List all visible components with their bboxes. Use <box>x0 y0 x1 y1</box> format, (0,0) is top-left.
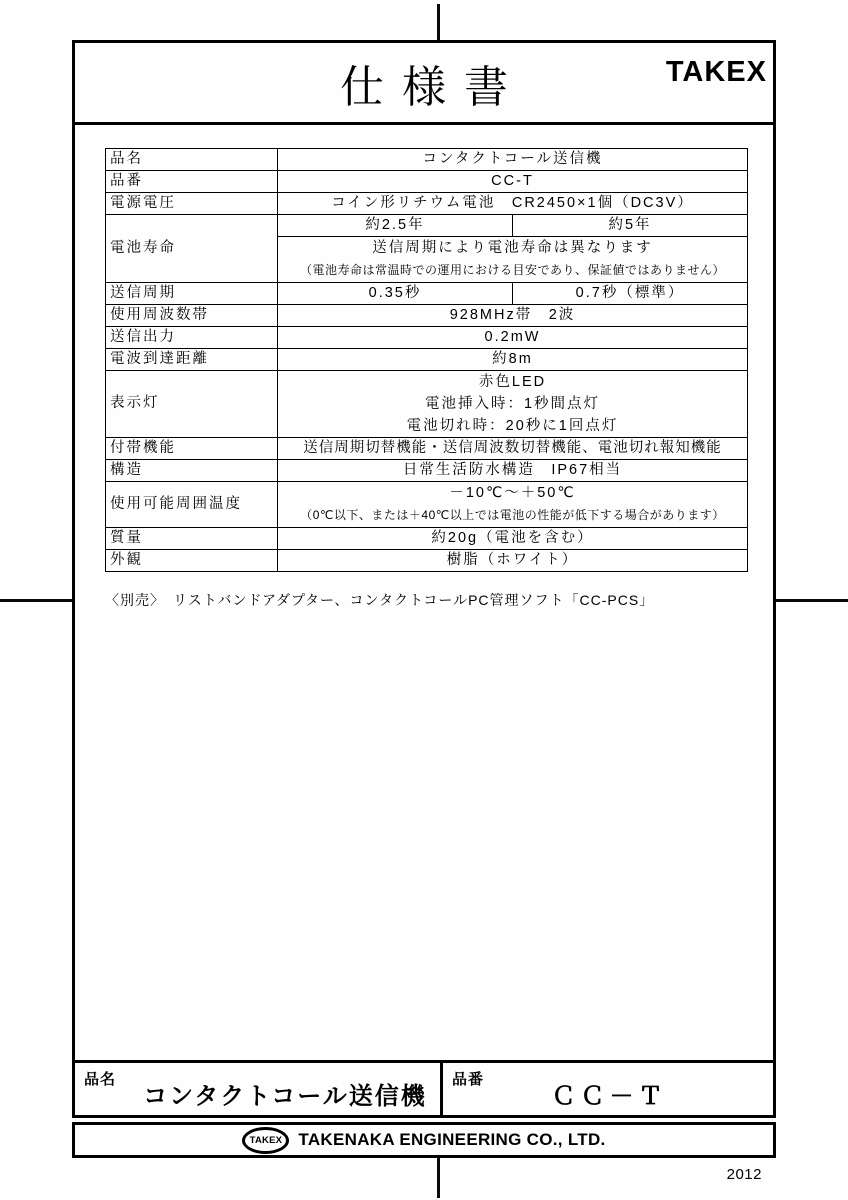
spec-label: 質量 <box>106 528 278 550</box>
year-note: 2012 <box>727 1166 762 1183</box>
table-row: 付帯機能 送信周期切替機能・送信周波数切替機能、電池切れ報知機能 <box>106 438 748 460</box>
spec-label: 使用周波数帯 <box>106 305 278 327</box>
crop-mark-right <box>776 599 848 602</box>
indicator-line-2: 電池挿入時：1秒間点灯 <box>282 393 743 415</box>
spec-value: コイン形リチウム電池 CR2450×1個（DC3V） <box>278 193 748 215</box>
spec-sheet-page: 仕様書 TAKEX 品名 コンタクトコール送信機 品番 CC-T 電源電圧 コイ… <box>0 0 848 1200</box>
spec-label: 電波到達距離 <box>106 349 278 371</box>
title-box: 仕様書 TAKEX <box>72 40 776 125</box>
spec-value: 赤色LED 電池挿入時：1秒間点灯 電池切れ時：20秒に1回点灯 <box>278 371 748 438</box>
table-row: 送信周期 0.35秒 0.7秒（標準） <box>106 283 748 305</box>
footer-model-number-cell: 品番 ＣＣ－Ｔ <box>443 1063 776 1118</box>
spec-value: 送信周期により電池寿命は異なります （電池寿命は常温時での運用における目安であり… <box>278 237 748 283</box>
table-row: 質量 約20g（電池を含む） <box>106 528 748 550</box>
spec-value: 樹脂（ホワイト） <box>278 550 748 572</box>
table-row: 電源電圧 コイン形リチウム電池 CR2450×1個（DC3V） <box>106 193 748 215</box>
spec-value: 日常生活防水構造 IP67相当 <box>278 460 748 482</box>
table-row: 構造 日常生活防水構造 IP67相当 <box>106 460 748 482</box>
spec-value: 約5年 <box>513 215 748 237</box>
footer-number-value: ＣＣ－Ｔ <box>443 1076 776 1111</box>
indicator-line-1: 赤色LED <box>282 371 743 393</box>
company-bar: TAKEX TAKENAKA ENGINEERING CO., LTD. <box>72 1122 776 1158</box>
temp-range: －10℃～＋50℃ <box>282 482 743 504</box>
company-name: TAKENAKA ENGINEERING CO., LTD. <box>298 1130 605 1150</box>
temp-note: （0℃以下、または＋40℃以上では電池の性能が低下する場合があります） <box>282 504 743 527</box>
spec-value: 約20g（電池を含む） <box>278 528 748 550</box>
brand-logo: TAKEX <box>666 56 767 89</box>
document-title: 仕様書 <box>340 51 526 115</box>
spec-table: 品名 コンタクトコール送信機 品番 CC-T 電源電圧 コイン形リチウム電池 C… <box>105 148 748 572</box>
spec-value: 約8m <box>278 349 748 371</box>
spec-label: 構造 <box>106 460 278 482</box>
table-row: 表示灯 赤色LED 電池挿入時：1秒間点灯 電池切れ時：20秒に1回点灯 <box>106 371 748 438</box>
spec-label: 電池寿命 <box>106 215 278 283</box>
spec-value: －10℃～＋50℃ （0℃以下、または＋40℃以上では電池の性能が低下する場合が… <box>278 482 748 528</box>
table-row: 使用周波数帯 928MHz帯 2波 <box>106 305 748 327</box>
spec-label: 送信周期 <box>106 283 278 305</box>
takex-logo-icon: TAKEX <box>242 1127 289 1154</box>
crop-mark-top <box>437 4 440 40</box>
footer-product-name-cell: 品名 コンタクトコール送信機 <box>75 1063 440 1118</box>
table-row: 品番 CC-T <box>106 171 748 193</box>
spec-label: 表示灯 <box>106 371 278 438</box>
indicator-line-3: 電池切れ時：20秒に1回点灯 <box>282 415 743 437</box>
spec-label: 電源電圧 <box>106 193 278 215</box>
spec-label: 使用可能周囲温度 <box>106 482 278 528</box>
spec-label: 品番 <box>106 171 278 193</box>
table-row: 品名 コンタクトコール送信機 <box>106 149 748 171</box>
optional-accessories-note: 〈別売〉 リストバンドアダプター、コンタクトコールPC管理ソフト「CC-PCS」 <box>105 590 654 610</box>
table-row: 外観 樹脂（ホワイト） <box>106 550 748 572</box>
spec-value: 送信周期切替機能・送信周波数切替機能、電池切れ報知機能 <box>278 438 748 460</box>
spec-value: コンタクトコール送信機 <box>278 149 748 171</box>
spec-value: 0.2mW <box>278 327 748 349</box>
table-row: 電波到達距離 約8m <box>106 349 748 371</box>
spec-label: 付帯機能 <box>106 438 278 460</box>
spec-value: CC-T <box>278 171 748 193</box>
spec-value: 0.7秒（標準） <box>513 283 748 305</box>
crop-mark-bottom <box>437 1158 440 1198</box>
spec-label: 品名 <box>106 149 278 171</box>
spec-value: 0.35秒 <box>278 283 513 305</box>
battery-note-sub: （電池寿命は常温時での運用における目安であり、保証値ではありません） <box>282 259 743 282</box>
table-row: 使用可能周囲温度 －10℃～＋50℃ （0℃以下、または＋40℃以上では電池の性… <box>106 482 748 528</box>
spec-label: 送信出力 <box>106 327 278 349</box>
spec-label: 外観 <box>106 550 278 572</box>
battery-note-main: 送信周期により電池寿命は異なります <box>282 237 743 259</box>
spec-value: 約2.5年 <box>278 215 513 237</box>
crop-mark-left <box>0 599 72 602</box>
spec-value: 928MHz帯 2波 <box>278 305 748 327</box>
table-row: 送信出力 0.2mW <box>106 327 748 349</box>
footer-name-value: コンタクトコール送信機 <box>75 1076 440 1111</box>
table-row: 電池寿命 約2.5年 約5年 <box>106 215 748 237</box>
